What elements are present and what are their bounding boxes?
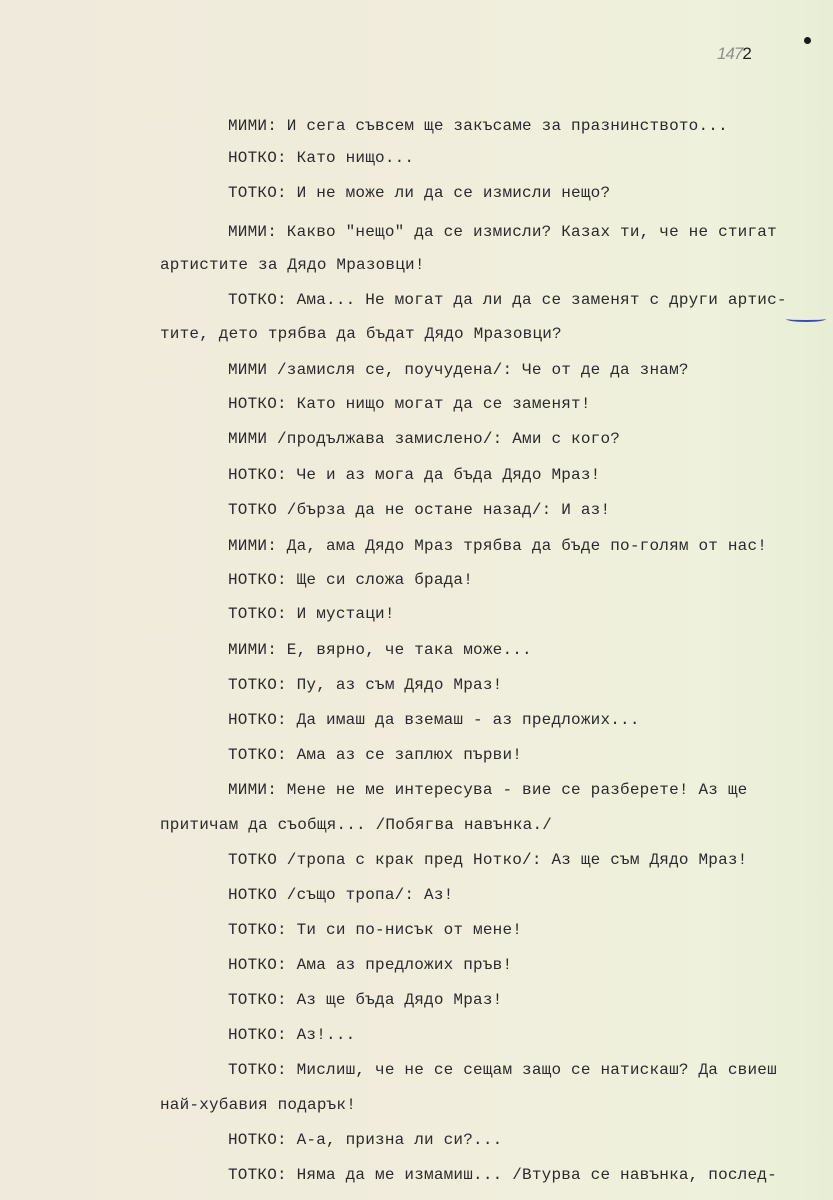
script-line: ТОТКО: Ама... Не могат да ли да се замен… <box>228 290 787 310</box>
script-line: ТОТКО: Ти си по-нисък от мене! <box>228 920 522 940</box>
script-line: ТОТКО: Мислиш, че не се сещам защо се на… <box>228 1060 777 1080</box>
script-line: НОТКО: Да имаш да вземаш - аз предложих.… <box>228 710 640 730</box>
script-line: НОТКО: А-а, призна ли си?... <box>228 1130 502 1150</box>
script-line: НОТКО /също тропа/: Аз! <box>228 885 453 905</box>
script-line: ТОТКО: И мустаци! <box>228 604 395 624</box>
pen-correction-mark <box>786 316 826 322</box>
script-line: МИМИ: Е, вярно, че така може... <box>228 640 532 660</box>
script-line: НОТКО: Като нищо... <box>228 148 414 168</box>
script-line: НОТКО: Като нищо могат да се заменят! <box>228 394 591 414</box>
script-line: НОТКО: Че и аз мога да бъда Дядо Мраз! <box>228 465 600 485</box>
punch-hole-dot <box>804 37 811 44</box>
script-line: НОТКО: Аз!... <box>228 1025 355 1045</box>
script-line: ТОТКО: Няма да ме измамиш... /Втурва се … <box>228 1165 777 1185</box>
script-line: ТОТКО /тропа с крак пред Нотко/: Аз ще с… <box>228 850 747 870</box>
script-line: артистите за Дядо Мразовци! <box>160 255 425 275</box>
script-line: МИМИ /замисля се, поучудена/: Че от де д… <box>228 360 689 380</box>
script-line: ТОТКО: И не може ли да се измисли нещо? <box>228 183 610 203</box>
script-line: притичам да съобщя... /Побягва навънка./ <box>160 815 552 835</box>
script-line: МИМИ: Мене не ме интересува - вие се раз… <box>228 780 747 800</box>
script-line: МИМИ: И сега съвсем ще закъсаме за празн… <box>228 116 728 136</box>
typed-page-number: 2 <box>742 44 751 63</box>
page-number: 1472 <box>717 44 752 64</box>
document-page: 1472 МИМИ: И сега съвсем ще закъсаме за … <box>0 0 833 1200</box>
script-line: най-хубавия подарък! <box>160 1095 356 1115</box>
script-line: МИМИ: Да, ама Дядо Мраз трябва да бъде п… <box>228 536 767 556</box>
script-line: ТОТКО: Ама аз се заплюх първи! <box>228 745 522 765</box>
script-line: ТОТКО: Аз ще бъда Дядо Мраз! <box>228 990 502 1010</box>
script-line: МИМИ /продължава замислено/: Ами с кого? <box>228 429 620 449</box>
script-line: НОТКО: Ще си сложа брада! <box>228 570 473 590</box>
script-line: ТОТКО /бърза да не остане назад/: И аз! <box>228 500 610 520</box>
script-line: ТОТКО: Пу, аз съм Дядо Мраз! <box>228 675 502 695</box>
script-line: НОТКО: Ама аз предложих пръв! <box>228 955 512 975</box>
script-line: МИМИ: Какво "нещо" да се измисли? Казах … <box>228 222 777 242</box>
script-line: тите, дето трябва да бъдат Дядо Мразовци… <box>160 324 562 344</box>
handwritten-page-number: 147 <box>717 44 742 63</box>
